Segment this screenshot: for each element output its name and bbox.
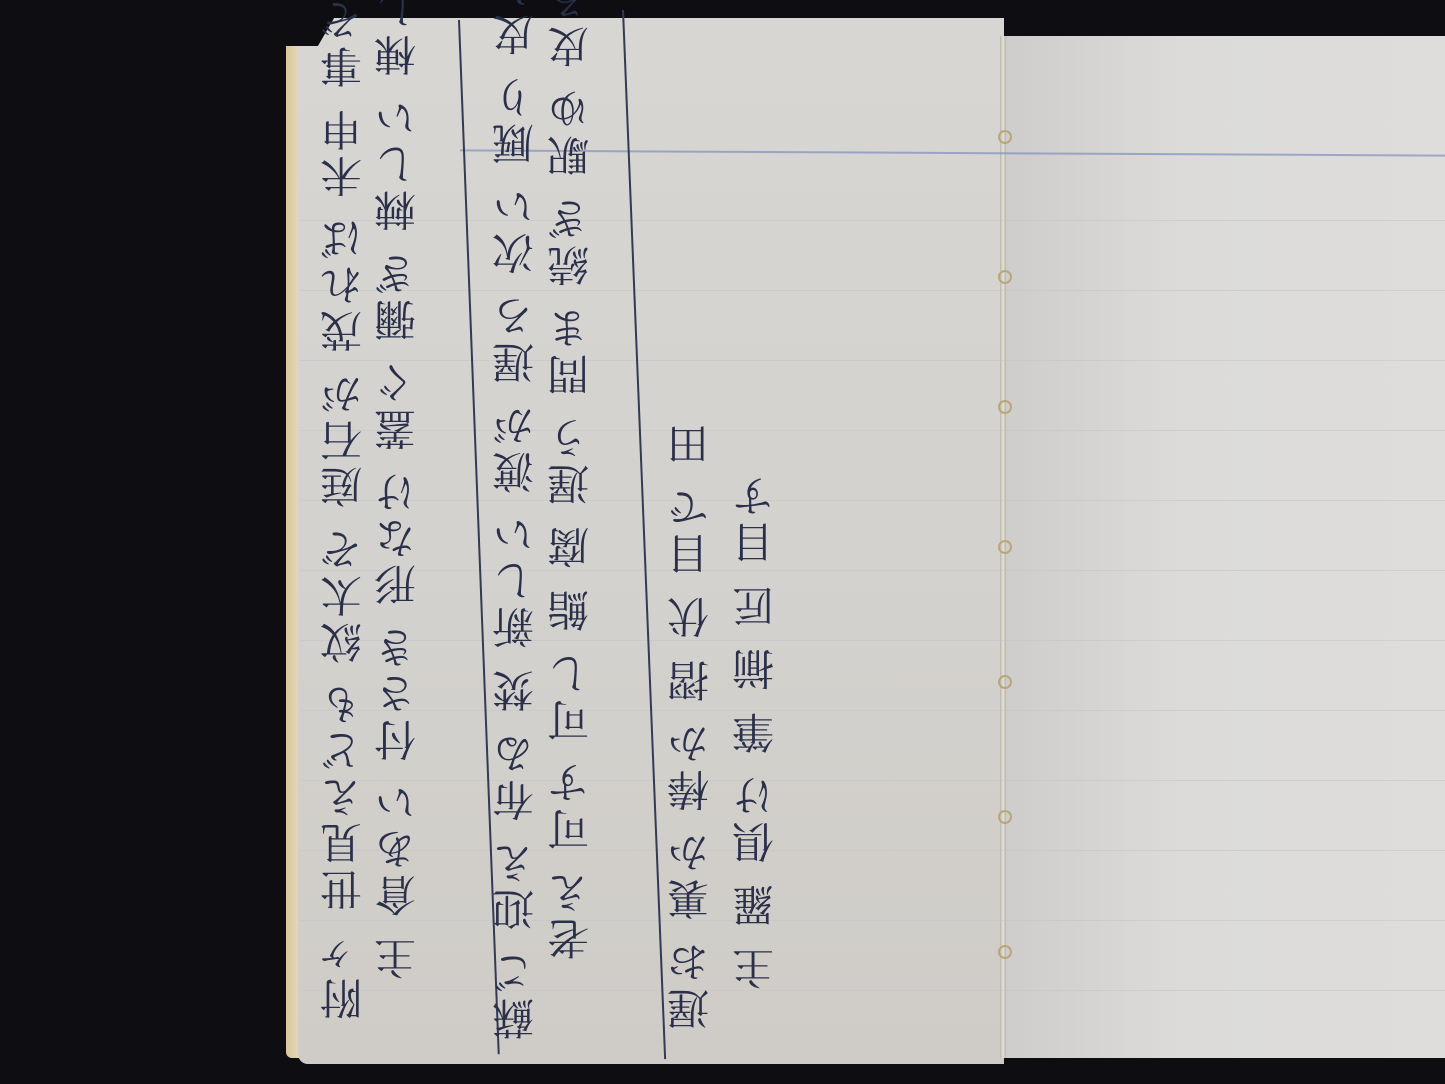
ruled-line [300, 710, 1445, 711]
handwritten-line: 附ヶ 世見えども 紋太ぞ 庭石が 茂れば 未申 事ぞ 御ご 亭ごで 愛が 裸ぞか [318, 30, 370, 1020]
binding-stitch [998, 400, 1012, 414]
binding-stitch [998, 130, 1012, 144]
ruled-line [300, 220, 1445, 221]
handwritten-line: 老え 可す 可し 鮨 腐 遅う 問ま 続ぎ 駅ゆ 皮ろ 味い [545, 100, 597, 960]
notebook-photo: 附ヶ 世見えども 紋太ぞ 庭石が 茂れば 未申 事ぞ 御ご 亭ごで 愛が 裸ぞか… [0, 0, 1445, 1084]
ruled-line [300, 430, 1445, 431]
handwritten-line: 蘇ご 迎え 布ゐ 焚 新しい 渡が 遅ろ 次い 厩り 皮しい 美おいし [490, 80, 542, 1040]
binding-stitch [998, 810, 1012, 824]
right-notebook-page [1004, 36, 1445, 1058]
ruled-line [300, 920, 1445, 921]
binding-stitch [998, 270, 1012, 284]
binding-stitch [998, 675, 1012, 689]
binding-stitch [998, 540, 1012, 554]
handwritten-line: 遅お 裏か 棒か 摺 伏 目で 田 [665, 630, 717, 1030]
handwritten-line: 主 羅 倶け 筆 揃 匠 目す [730, 630, 782, 990]
ruled-line [300, 780, 1445, 781]
binding-stitch [998, 945, 1012, 959]
ruled-line [300, 570, 1445, 571]
ruled-line [300, 640, 1445, 641]
ruled-line [300, 850, 1445, 851]
handwritten-line: 主 倉あい 付さき 形なけ 蓋ぐ 彌ぎ 棘しい 棟しい 見も 主ゆ 投げ [372, 120, 424, 980]
ruled-line [300, 290, 1445, 291]
ruled-line [300, 500, 1445, 501]
ruled-line [300, 990, 1445, 991]
